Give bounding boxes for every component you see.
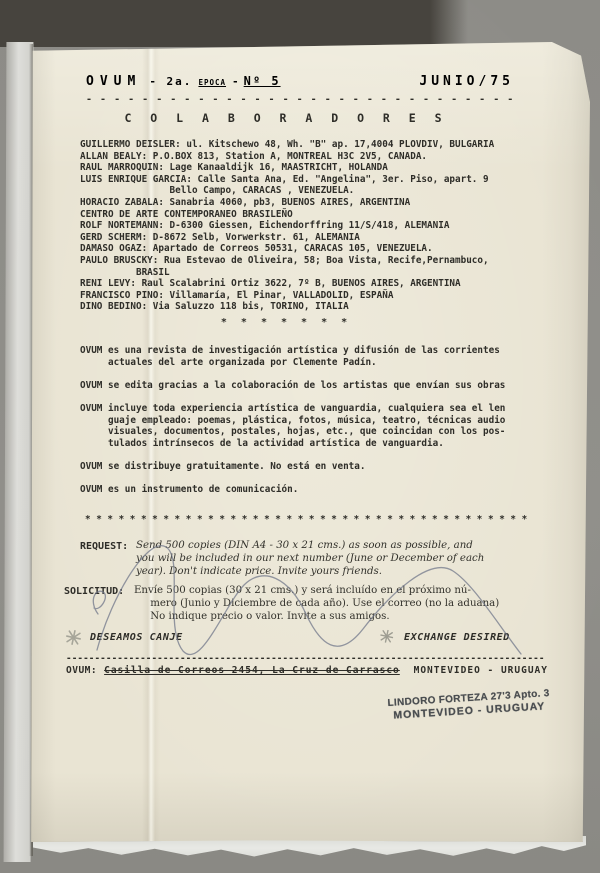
collaborators-list: GUILLERMO DEISLER: ul. Kitschewo 48, Wh.… xyxy=(80,139,494,313)
exchange-note-es-label: DESEAMOS CANJE xyxy=(90,632,183,643)
collaborators-heading: C O L A B O R A D O R E S xyxy=(86,111,486,125)
photo-scene: OVUM - 2a. EPOCA - Nº 5 JUNIO/75 - - - -… xyxy=(0,0,600,873)
request-label: REQUEST: xyxy=(80,541,128,552)
address-line: OVUM: Casilla de Correos 2454, La Cruz d… xyxy=(66,665,548,676)
hand-drawn-star-icon xyxy=(65,629,83,647)
solicitud-label: SOLICITUD: xyxy=(64,586,124,597)
issue-date: JUNIO/75 xyxy=(419,74,514,89)
exchange-note-en: EXCHANGE DESIRED xyxy=(380,630,510,645)
edition-dash: - xyxy=(232,75,239,88)
dashed-divider: ----------------------------------------… xyxy=(66,653,545,664)
edition-word: EPOCA xyxy=(198,78,226,87)
document-page: OVUM - 2a. EPOCA - Nº 5 JUNIO/75 - - - -… xyxy=(30,42,590,842)
address-street-struck: Casilla de Correos 2454, La Cruz de Carr… xyxy=(104,665,400,676)
masthead: OVUM - 2a. EPOCA - Nº 5 JUNIO/75 xyxy=(86,74,514,89)
edition-prefix: - 2a. xyxy=(149,75,192,88)
address-label: OVUM: xyxy=(66,665,97,676)
magazine-title: OVUM xyxy=(86,74,141,89)
table-surface-shadow xyxy=(0,0,470,47)
hand-drawn-star-icon xyxy=(379,629,397,647)
solicitud-text: Envíe 500 copias (30 x 21 cms.) y será i… xyxy=(134,584,499,624)
exchange-note-es: DESEAMOS CANJE xyxy=(66,630,183,645)
rubber-stamp: LINDORO FORTEZA 27'3 Apto. 3 MONTEVIDEO … xyxy=(359,686,578,723)
address-city: MONTEVIDEO - URUGUAY xyxy=(414,665,548,676)
about-paragraphs: OVUM es una revista de investigación art… xyxy=(80,345,505,496)
exchange-note-en-label: EXCHANGE DESIRED xyxy=(404,632,510,643)
star-divider-row: * * * * * * * * * * * * * * * * * * * * … xyxy=(85,514,527,525)
issue-number: Nº 5 xyxy=(244,74,281,88)
star-divider-small: * * * * * * * xyxy=(86,317,486,328)
masthead-dashed-rule: - - - - - - - - - - - - - - - - - - - - … xyxy=(86,94,516,105)
request-text: Send 500 copies (DIN A4 - 30 x 21 cms.) … xyxy=(136,539,484,579)
